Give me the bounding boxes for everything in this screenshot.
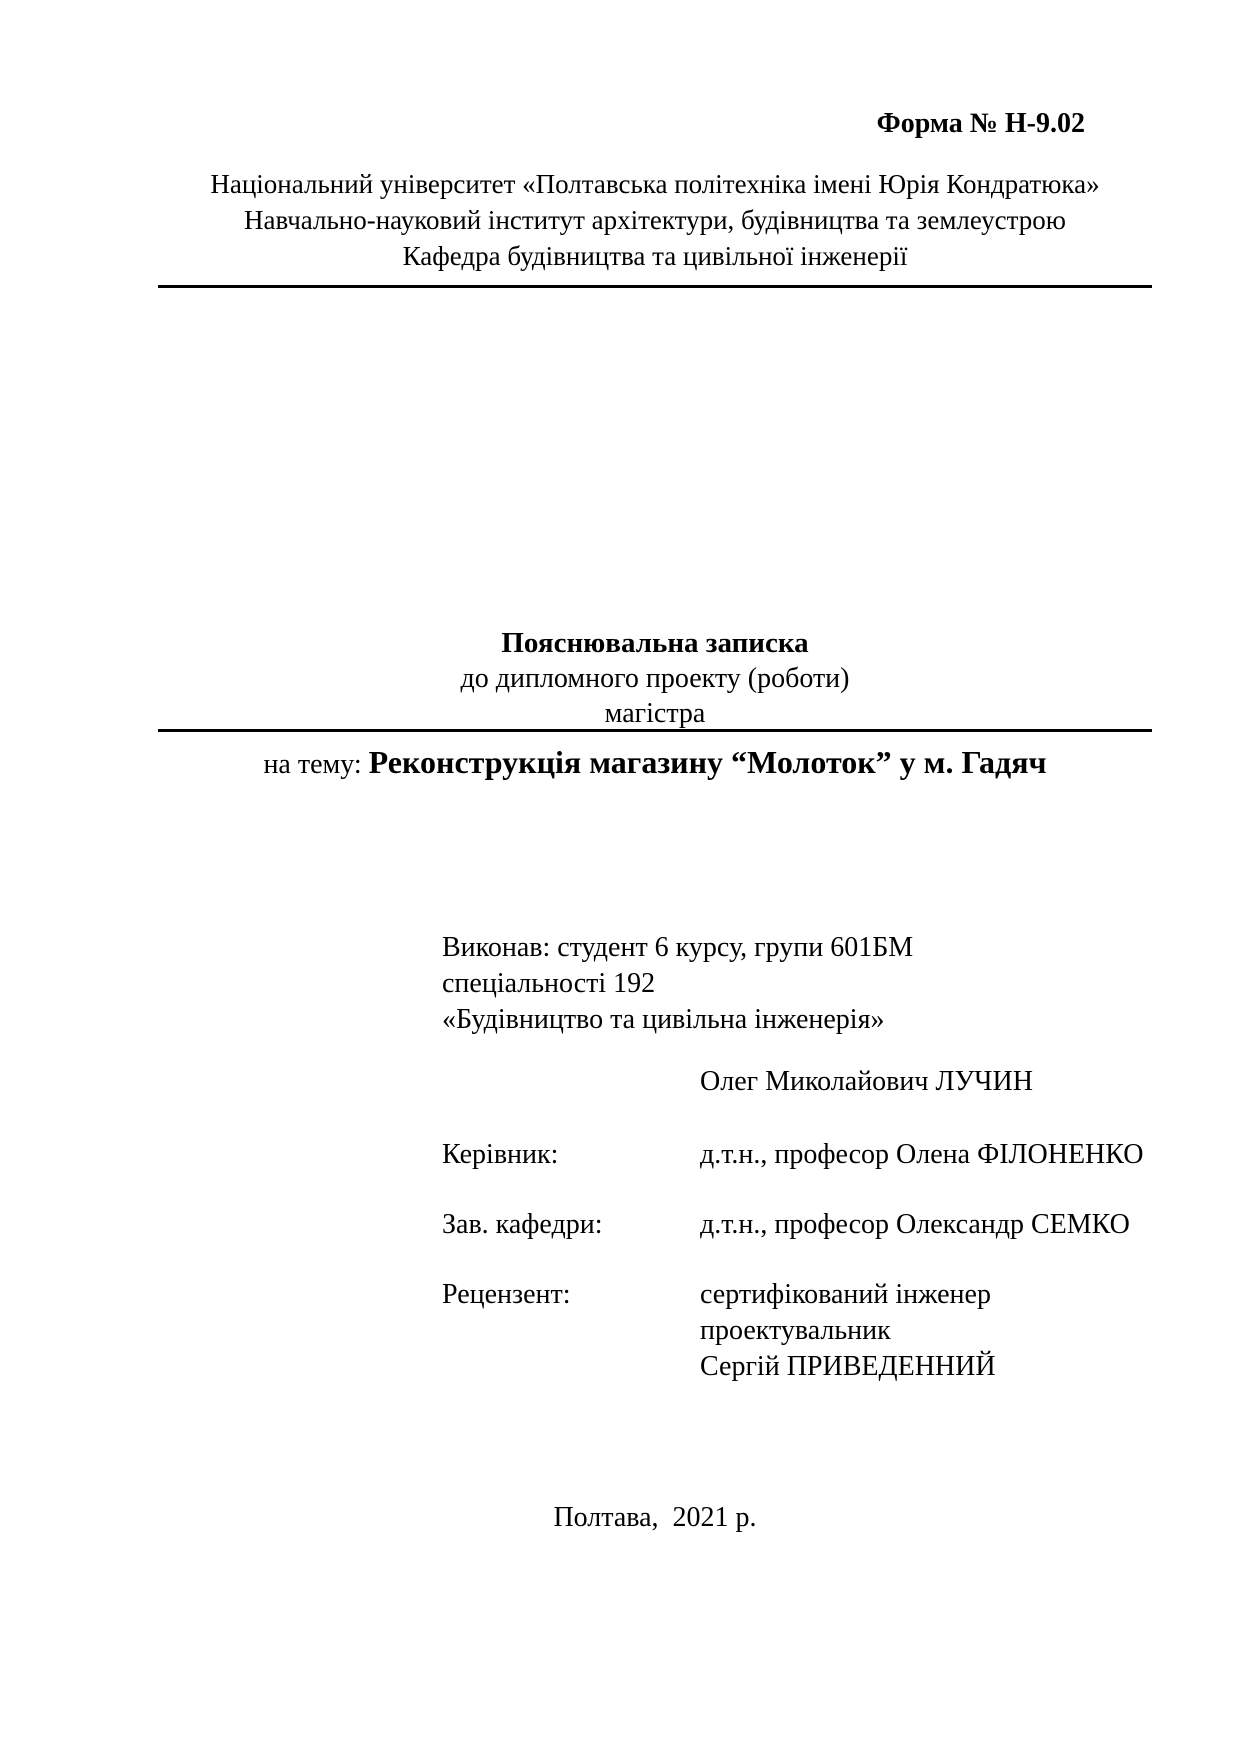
horizontal-rule-top (158, 285, 1152, 288)
reviewer-name: Сергій ПРИВЕДЕННИЙ (700, 1349, 996, 1385)
performer-line: Виконав: студент 6 курсу, групи 601БМ (442, 930, 913, 966)
document-title: Пояснювальна записка (158, 626, 1152, 661)
department-head-name: д.т.н., професор Олександр СЕМКО (700, 1207, 1130, 1243)
title-page: Форма № Н-9.02 Національний університет … (0, 0, 1240, 1754)
supervisor-label: Керівник: (442, 1137, 558, 1173)
header-block: Національний університет «Полтавська пол… (158, 166, 1152, 274)
institute-name: Навчально-науковий інститут архітектури,… (158, 202, 1152, 238)
university-name: Національний університет «Полтавська пол… (158, 166, 1152, 202)
footer-city-year: Полтава, 2021 р. (158, 1502, 1152, 1534)
document-subtitle: до дипломного проекту (роботи) (158, 661, 1152, 696)
department-name: Кафедра будівництва та цивільної інженер… (158, 238, 1152, 274)
topic-title: Реконструкція магазину “Молоток” у м. Га… (369, 744, 1047, 780)
department-head-label: Зав. кафедри: (442, 1207, 603, 1243)
supervisor-name: д.т.н., професор Олена ФІЛОНЕНКО (700, 1137, 1143, 1173)
performer-line: спеціальності 192 (442, 966, 913, 1002)
topic-line: на тему: Реконструкція магазину “Молоток… (158, 744, 1152, 781)
reviewer-label: Рецензент: (442, 1277, 571, 1313)
student-name: Олег Миколайович ЛУЧИН (700, 1066, 1033, 1098)
performer-line: «Будівництво та цивільна інженерія» (442, 1002, 913, 1038)
reviewer-line: сертифікований інженер (700, 1277, 996, 1313)
performer-block: Виконав: студент 6 курсу, групи 601БМ сп… (442, 930, 913, 1038)
reviewer-description: сертифікований інженер проектувальник Се… (700, 1277, 996, 1385)
title-block: Пояснювальна записка до дипломного проек… (158, 626, 1152, 731)
horizontal-rule-middle (158, 729, 1152, 732)
reviewer-line: проектувальник (700, 1313, 996, 1349)
degree-level: магістра (158, 696, 1152, 731)
form-number: Форма № Н-9.02 (877, 108, 1085, 140)
topic-label: на тему: (263, 749, 361, 780)
